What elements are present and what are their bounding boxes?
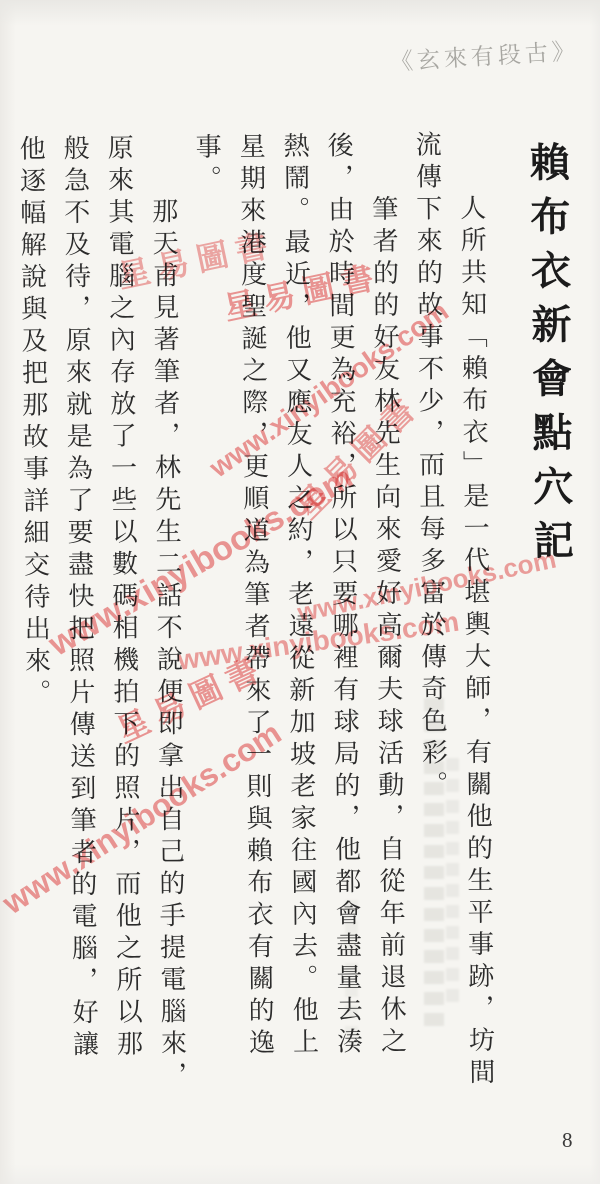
- page-number: 8: [562, 1128, 574, 1153]
- article-title: 賴布衣新會點穴記: [514, 129, 588, 1095]
- scanned-book-page: 《玄來有段古》 賴布衣新會點穴記 人所共知「賴布衣」是一代堪輿大師，有關他的生平…: [0, 0, 600, 1184]
- series-header: 《玄來有段古》: [389, 32, 580, 76]
